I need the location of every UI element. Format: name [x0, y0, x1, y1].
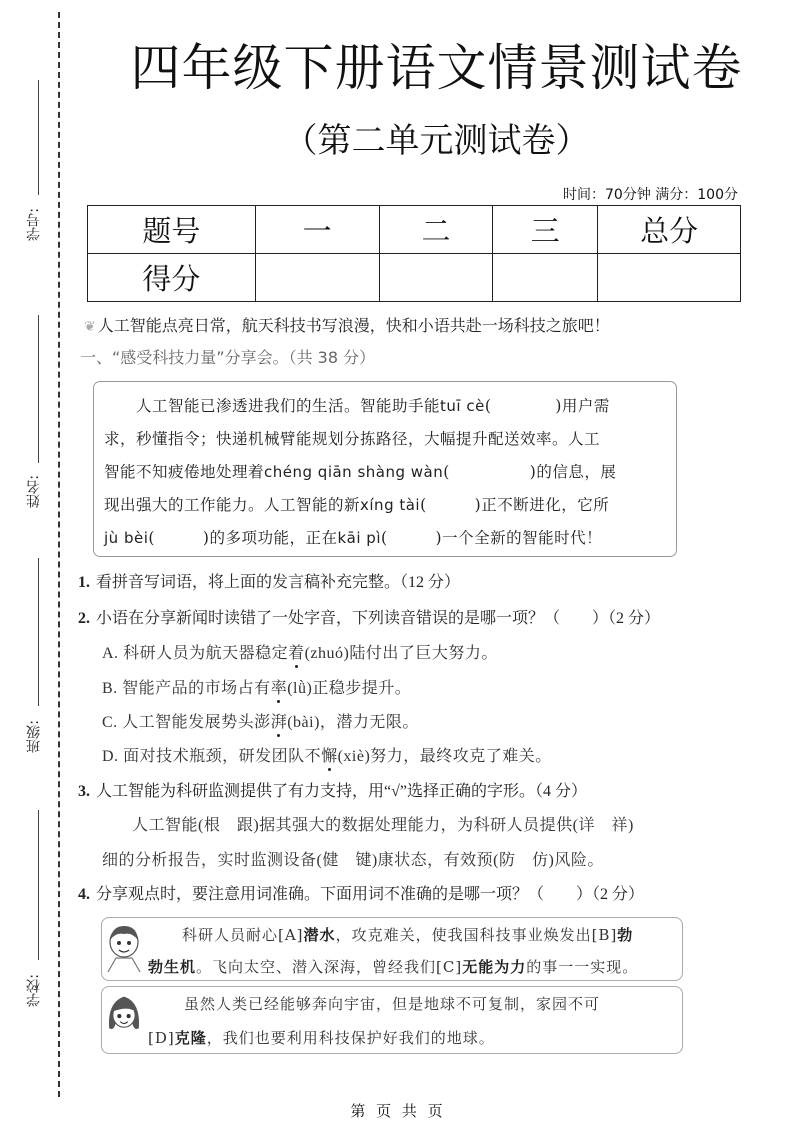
question-number: 4.	[78, 886, 90, 903]
passage-text: 人工智能已渗透进我们的生活。智能助手能	[104, 397, 440, 415]
dotted-char: 率	[271, 680, 288, 697]
option-text: 智能产品的市场占有	[122, 680, 271, 697]
question-number: 1.	[78, 574, 90, 591]
option-label: B.	[102, 680, 118, 697]
pinyin: xíng tài	[360, 496, 420, 514]
dialogue-box-boy: 科研人员耐心[A]潜水，攻克难关，使我国科技事业焕发出[B]勃 勃生机。飞向太空…	[101, 917, 683, 981]
binding-margin: 学号: 姓名: 班级: 学校:	[0, 0, 80, 1122]
cut-line	[58, 12, 60, 1097]
score-header-cell: 题号	[88, 206, 256, 254]
dialogue-box-girl: 虽然人类已经能够奔向宇宙，但是地球不可复制，家园不可 [D]克隆，我们也要利用科…	[101, 986, 683, 1054]
score-label-cell: 得分	[88, 254, 256, 302]
answer-blank[interactable]: ( )的信息，展	[443, 463, 616, 481]
intro-text: 人工智能点亮日常，航天科技书写浪漫，快和小语共赴一场科技之旅吧！	[98, 316, 610, 335]
option-text: (bài)，潜力无限。	[287, 714, 419, 731]
score-header-cell: 一	[255, 206, 379, 254]
option-text: 面对技术瓶颈，研发团队不	[123, 748, 321, 765]
option-d[interactable]: D. 面对技术瓶颈，研发团队不懈(xiè)努力，最终攻克了难关。	[102, 743, 552, 766]
student-number-label: 学号:	[24, 208, 44, 241]
dotted-char: 着	[288, 645, 305, 662]
passage-line: jù bèi( )的多项功能，正在kāi pì( )一个全新的智能时代！	[104, 522, 668, 555]
score-header-cell: 二	[379, 206, 493, 254]
option-a[interactable]: A. 科研人员为航天器稳定着(zhuó)陆付出了巨大努力。	[102, 640, 498, 663]
question-text: 看拼音写词语，将上面的发言稿补充完整。（12 分）	[96, 574, 460, 591]
score-header-cell: 总分	[598, 206, 741, 254]
question-text[interactable]: 小语在分享新闻时读错了一处字音，下列读音错误的是哪一项？（ ）（2 分）	[96, 610, 660, 627]
intro-line: ❦人工智能点亮日常，航天科技书写浪漫，快和小语共赴一场科技之旅吧！	[84, 313, 610, 336]
score-input-cell[interactable]	[493, 254, 598, 302]
question-1: 1.看拼音写词语，将上面的发言稿补充完整。（12 分）	[78, 569, 460, 592]
leaf-icon: ❦	[84, 319, 96, 335]
dialogue-line: 勃生机。飞向太空、潜入深海，曾经我们[C]无能为力的事一一实现。	[148, 956, 638, 977]
score-table-header-row: 题号 一 二 三 总分	[88, 206, 741, 254]
name-line	[38, 315, 39, 463]
exam-meta: 时间：70分钟 满分：100分	[563, 184, 738, 204]
pinyin: chéng qiān shàng wàn	[264, 463, 443, 481]
option-text: (lǜ)正稳步提升。	[287, 680, 411, 697]
answer-blank[interactable]: ( )正不断进化，它所	[420, 496, 609, 514]
student-number-line	[38, 80, 39, 195]
option-c[interactable]: C. 人工智能发展势头澎湃(bài)，潜力无限。	[102, 709, 419, 732]
option-text: 人工智能发展势头澎	[122, 714, 271, 731]
option-label: A.	[102, 645, 119, 662]
passage-line: 人工智能已渗透进我们的生活。智能助手能tuī cè( )用户需	[104, 390, 668, 423]
dialogue-line: [D]克隆，我们也要利用科技保护好我们的地球。	[148, 1027, 495, 1048]
passage-text: 智能不知疲倦地处理着	[104, 463, 264, 481]
option-b[interactable]: B. 智能产品的市场占有率(lǜ)正稳步提升。	[102, 675, 411, 698]
name-label: 姓名:	[24, 475, 44, 508]
class-line	[38, 558, 39, 706]
class-field[interactable]: 班级:	[24, 558, 44, 778]
option-label: D.	[102, 748, 119, 765]
answer-blank[interactable]: ( )用户需	[485, 397, 610, 415]
score-input-cell[interactable]	[255, 254, 379, 302]
option-label: C.	[102, 714, 118, 731]
dialogue-line: 虽然人类已经能够奔向宇宙，但是地球不可复制，家园不可	[184, 993, 600, 1014]
question-2: 2.小语在分享新闻时读错了一处字音，下列读音错误的是哪一项？（ ）（2 分）	[78, 605, 660, 628]
pinyin: jù bèi	[104, 529, 148, 547]
school-label: 学校:	[24, 974, 44, 1007]
score-table: 题号 一 二 三 总分 得分	[87, 205, 741, 302]
school-line	[38, 810, 39, 960]
passage-line: 现出强大的工作能力。人工智能的新xíng tài( )正不断进化，它所	[104, 489, 668, 522]
dotted-char: 懈	[321, 748, 338, 765]
section-1-heading: 一、“感受科技力量”分享会。（共 38 分）	[80, 345, 375, 368]
score-input-cell[interactable]	[598, 254, 741, 302]
question-text: 人工智能为科研监测提供了有力支持，用“√”选择正确的字形。（4 分）	[96, 783, 587, 800]
dialogue-line: 科研人员耐心[A]潜水，攻克难关，使我国科技事业焕发出[B]勃	[182, 924, 633, 945]
answer-blank[interactable]: ( )一个全新的智能时代！	[381, 529, 602, 547]
passage-text: 现出强大的工作能力。人工智能的新	[104, 496, 360, 514]
question-number: 3.	[78, 783, 90, 800]
speech-passage-box: 人工智能已渗透进我们的生活。智能助手能tuī cè( )用户需 求，秒懂指令；快…	[93, 381, 677, 557]
page-title: 四年级下册语文情景测试卷	[80, 28, 793, 100]
option-text: (xiè)努力，最终攻克了难关。	[338, 748, 552, 765]
class-label: 班级:	[24, 720, 44, 753]
question-text[interactable]: 分享观点时，要注意用词准确。下面用词不准确的是哪一项？（ ）（2 分）	[96, 886, 644, 903]
question-number: 2.	[78, 610, 90, 627]
passage-line: 智能不知疲倦地处理着chéng qiān shàng wàn( )的信息，展	[104, 456, 668, 489]
passage-text: 求，秒懂指令；快递机械臂能规划分拣路径，大幅提升配送效率。人工	[104, 430, 600, 448]
dotted-char: 湃	[271, 714, 288, 731]
boy-avatar-icon	[104, 922, 144, 974]
school-field[interactable]: 学校:	[24, 810, 44, 1030]
question-3-body-line[interactable]: 人工智能(根 跟)据其强大的数据处理能力，为科研人员提供(详 祥)	[132, 812, 634, 835]
question-3: 3.人工智能为科研监测提供了有力支持，用“√”选择正确的字形。（4 分）	[78, 778, 587, 801]
girl-avatar-icon	[104, 991, 144, 1043]
question-3-body-line[interactable]: 细的分析报告，实时监测设备(健 键)康状态，有效预(防 仿)风险。	[102, 847, 604, 870]
name-field[interactable]: 姓名:	[24, 315, 44, 515]
question-4: 4.分享观点时，要注意用词准确。下面用词不准确的是哪一项？（ ）（2 分）	[78, 881, 644, 904]
answer-blank[interactable]: ( )的多项功能，正在	[148, 529, 337, 547]
score-table-score-row: 得分	[88, 254, 741, 302]
page-footer: 第 页 共 页	[0, 1100, 793, 1121]
option-text: 科研人员为航天器稳定	[123, 645, 288, 662]
pinyin: tuī cè	[440, 397, 485, 415]
option-text: (zhuó)陆付出了巨大努力。	[305, 645, 498, 662]
student-number-field[interactable]: 学号:	[24, 80, 44, 270]
passage-line: 求，秒懂指令；快递机械臂能规划分拣路径，大幅提升配送效率。人工	[104, 423, 668, 456]
page-subtitle: （第二单元测试卷）	[80, 113, 793, 162]
pinyin: kāi pì	[337, 529, 381, 547]
score-input-cell[interactable]	[379, 254, 493, 302]
score-header-cell: 三	[493, 206, 598, 254]
